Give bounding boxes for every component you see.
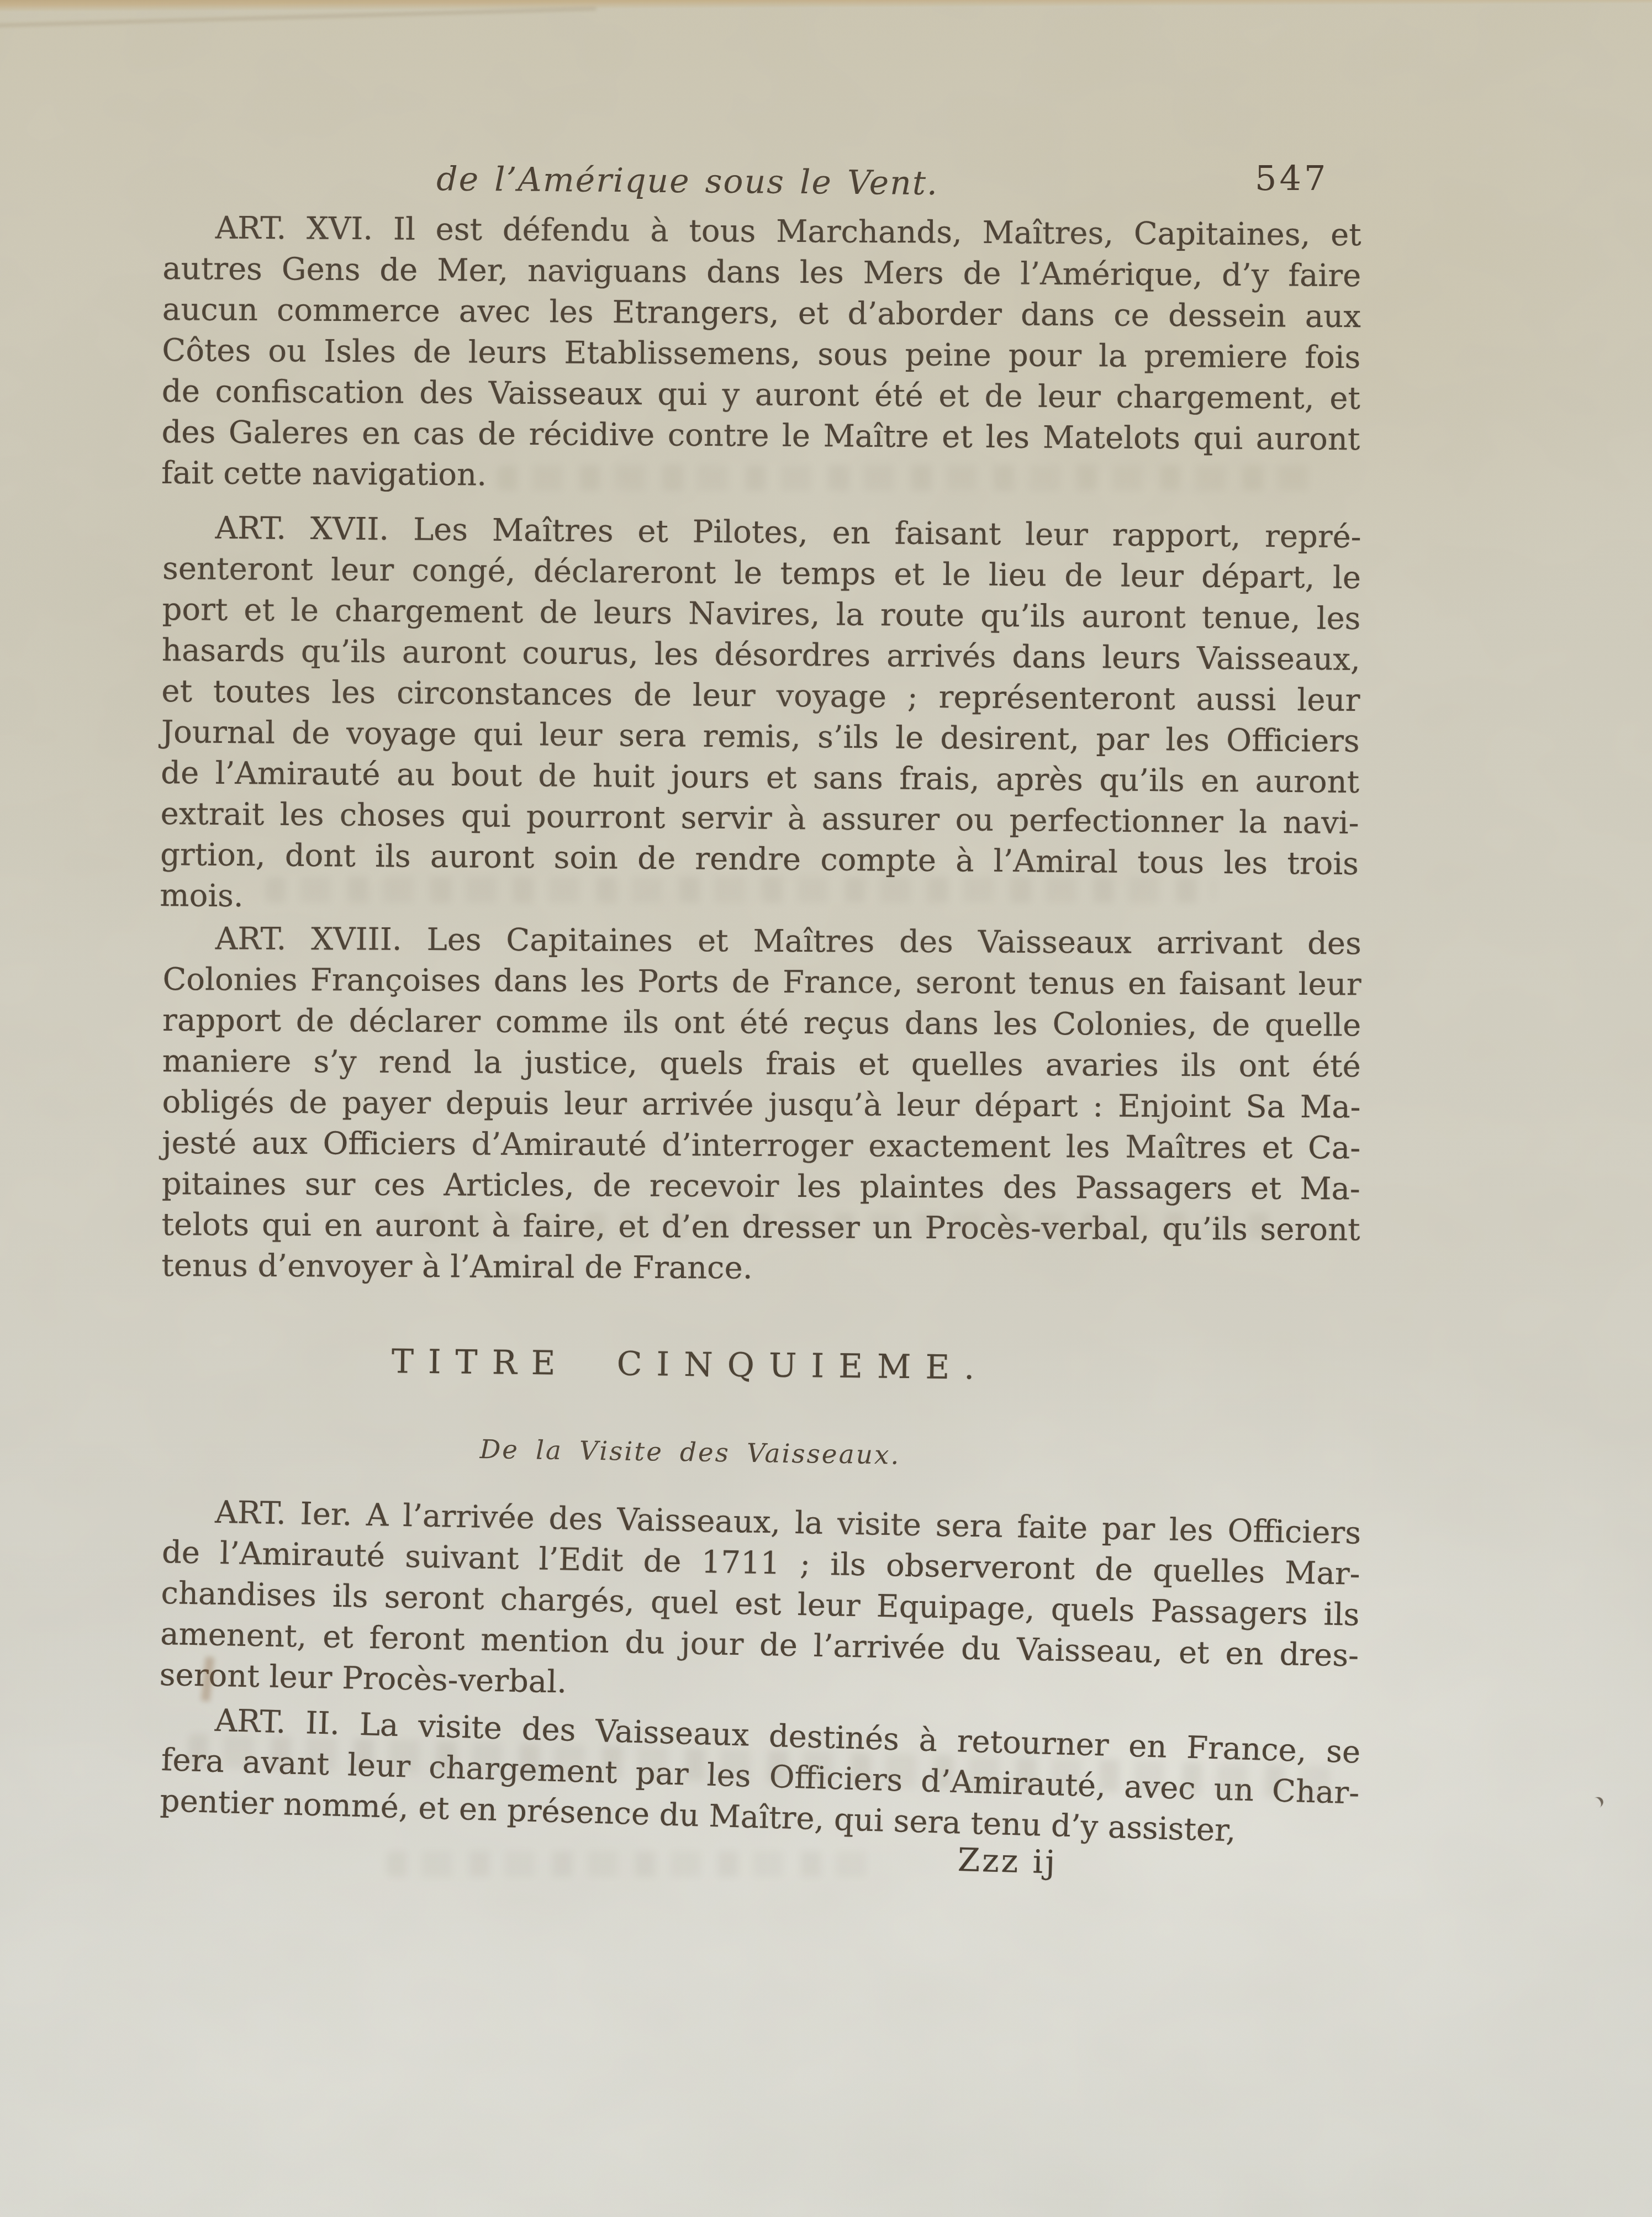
text-line: rapport de déclarer comme ils ont été re… xyxy=(162,1000,1361,1046)
text-line: Côtes ou Isles de leurs Etablissemens, s… xyxy=(162,330,1360,378)
page-number: 547 xyxy=(1255,158,1328,199)
text-line: maniere s’y rend la justice, quels frais… xyxy=(162,1041,1361,1087)
paragraph-article-1: ART. Ier. A l’arrivée des Vaisseaux, la … xyxy=(159,1491,1361,1718)
text-line: pitaines sur ces Articles, de recevoir l… xyxy=(162,1164,1360,1210)
text-line: jesté aux Officiers d’Amirauté d’interro… xyxy=(162,1123,1360,1169)
section-title: TITRE CINQUIEME. xyxy=(162,1339,1218,1391)
signature-mark: Zzz ij xyxy=(957,1839,1058,1883)
printed-text-layer: de l’Amérique sous le Vent. 547 ART. XVI… xyxy=(0,0,1652,2217)
text-line: ART. XVIII. Les Capitaines et Maîtres de… xyxy=(163,919,1361,964)
text-line: telots qui en auront à faire, et d’en dr… xyxy=(161,1205,1360,1250)
text-line: obligés de payer depuis leur arrivée jus… xyxy=(162,1082,1360,1128)
book-page-scan: de l’Amérique sous le Vent. 547 ART. XVI… xyxy=(0,0,1652,2217)
running-header: de l’Amérique sous le Vent. xyxy=(162,156,1212,207)
text-line: Colonies Françoises dans les Ports de Fr… xyxy=(162,959,1361,1005)
text-line: autres Gens de Mer, naviguans dans les M… xyxy=(162,249,1361,297)
paragraph-article-2: ART. II. La visite des Vaisseaux destiné… xyxy=(160,1699,1361,1855)
text-line: fait cette navigation. xyxy=(161,453,1360,501)
text-line: ART. XVI. Il est défendu à tous Marchand… xyxy=(163,208,1361,256)
text-line: tenus d’envoyer à l’Amiral de France. xyxy=(161,1245,1360,1291)
section-subtitle: De la Visite des Vaisseaux. xyxy=(162,1428,1218,1478)
text-line: de confiscation des Vaisseaux qui y auro… xyxy=(162,371,1360,419)
paragraph-article-17: ART. XVII. Les Maîtres et Pilotes, en fa… xyxy=(160,508,1361,926)
paragraph-article-18: ART. XVIII. Les Capitaines et Maîtres de… xyxy=(161,919,1361,1291)
text-line: des Galeres en cas de récidive contre le… xyxy=(161,412,1360,460)
paragraph-article-16: ART. XVI. Il est défendu à tous Marchand… xyxy=(161,208,1361,501)
text-line: aucun commerce avec les Etrangers, et d’… xyxy=(162,289,1361,337)
